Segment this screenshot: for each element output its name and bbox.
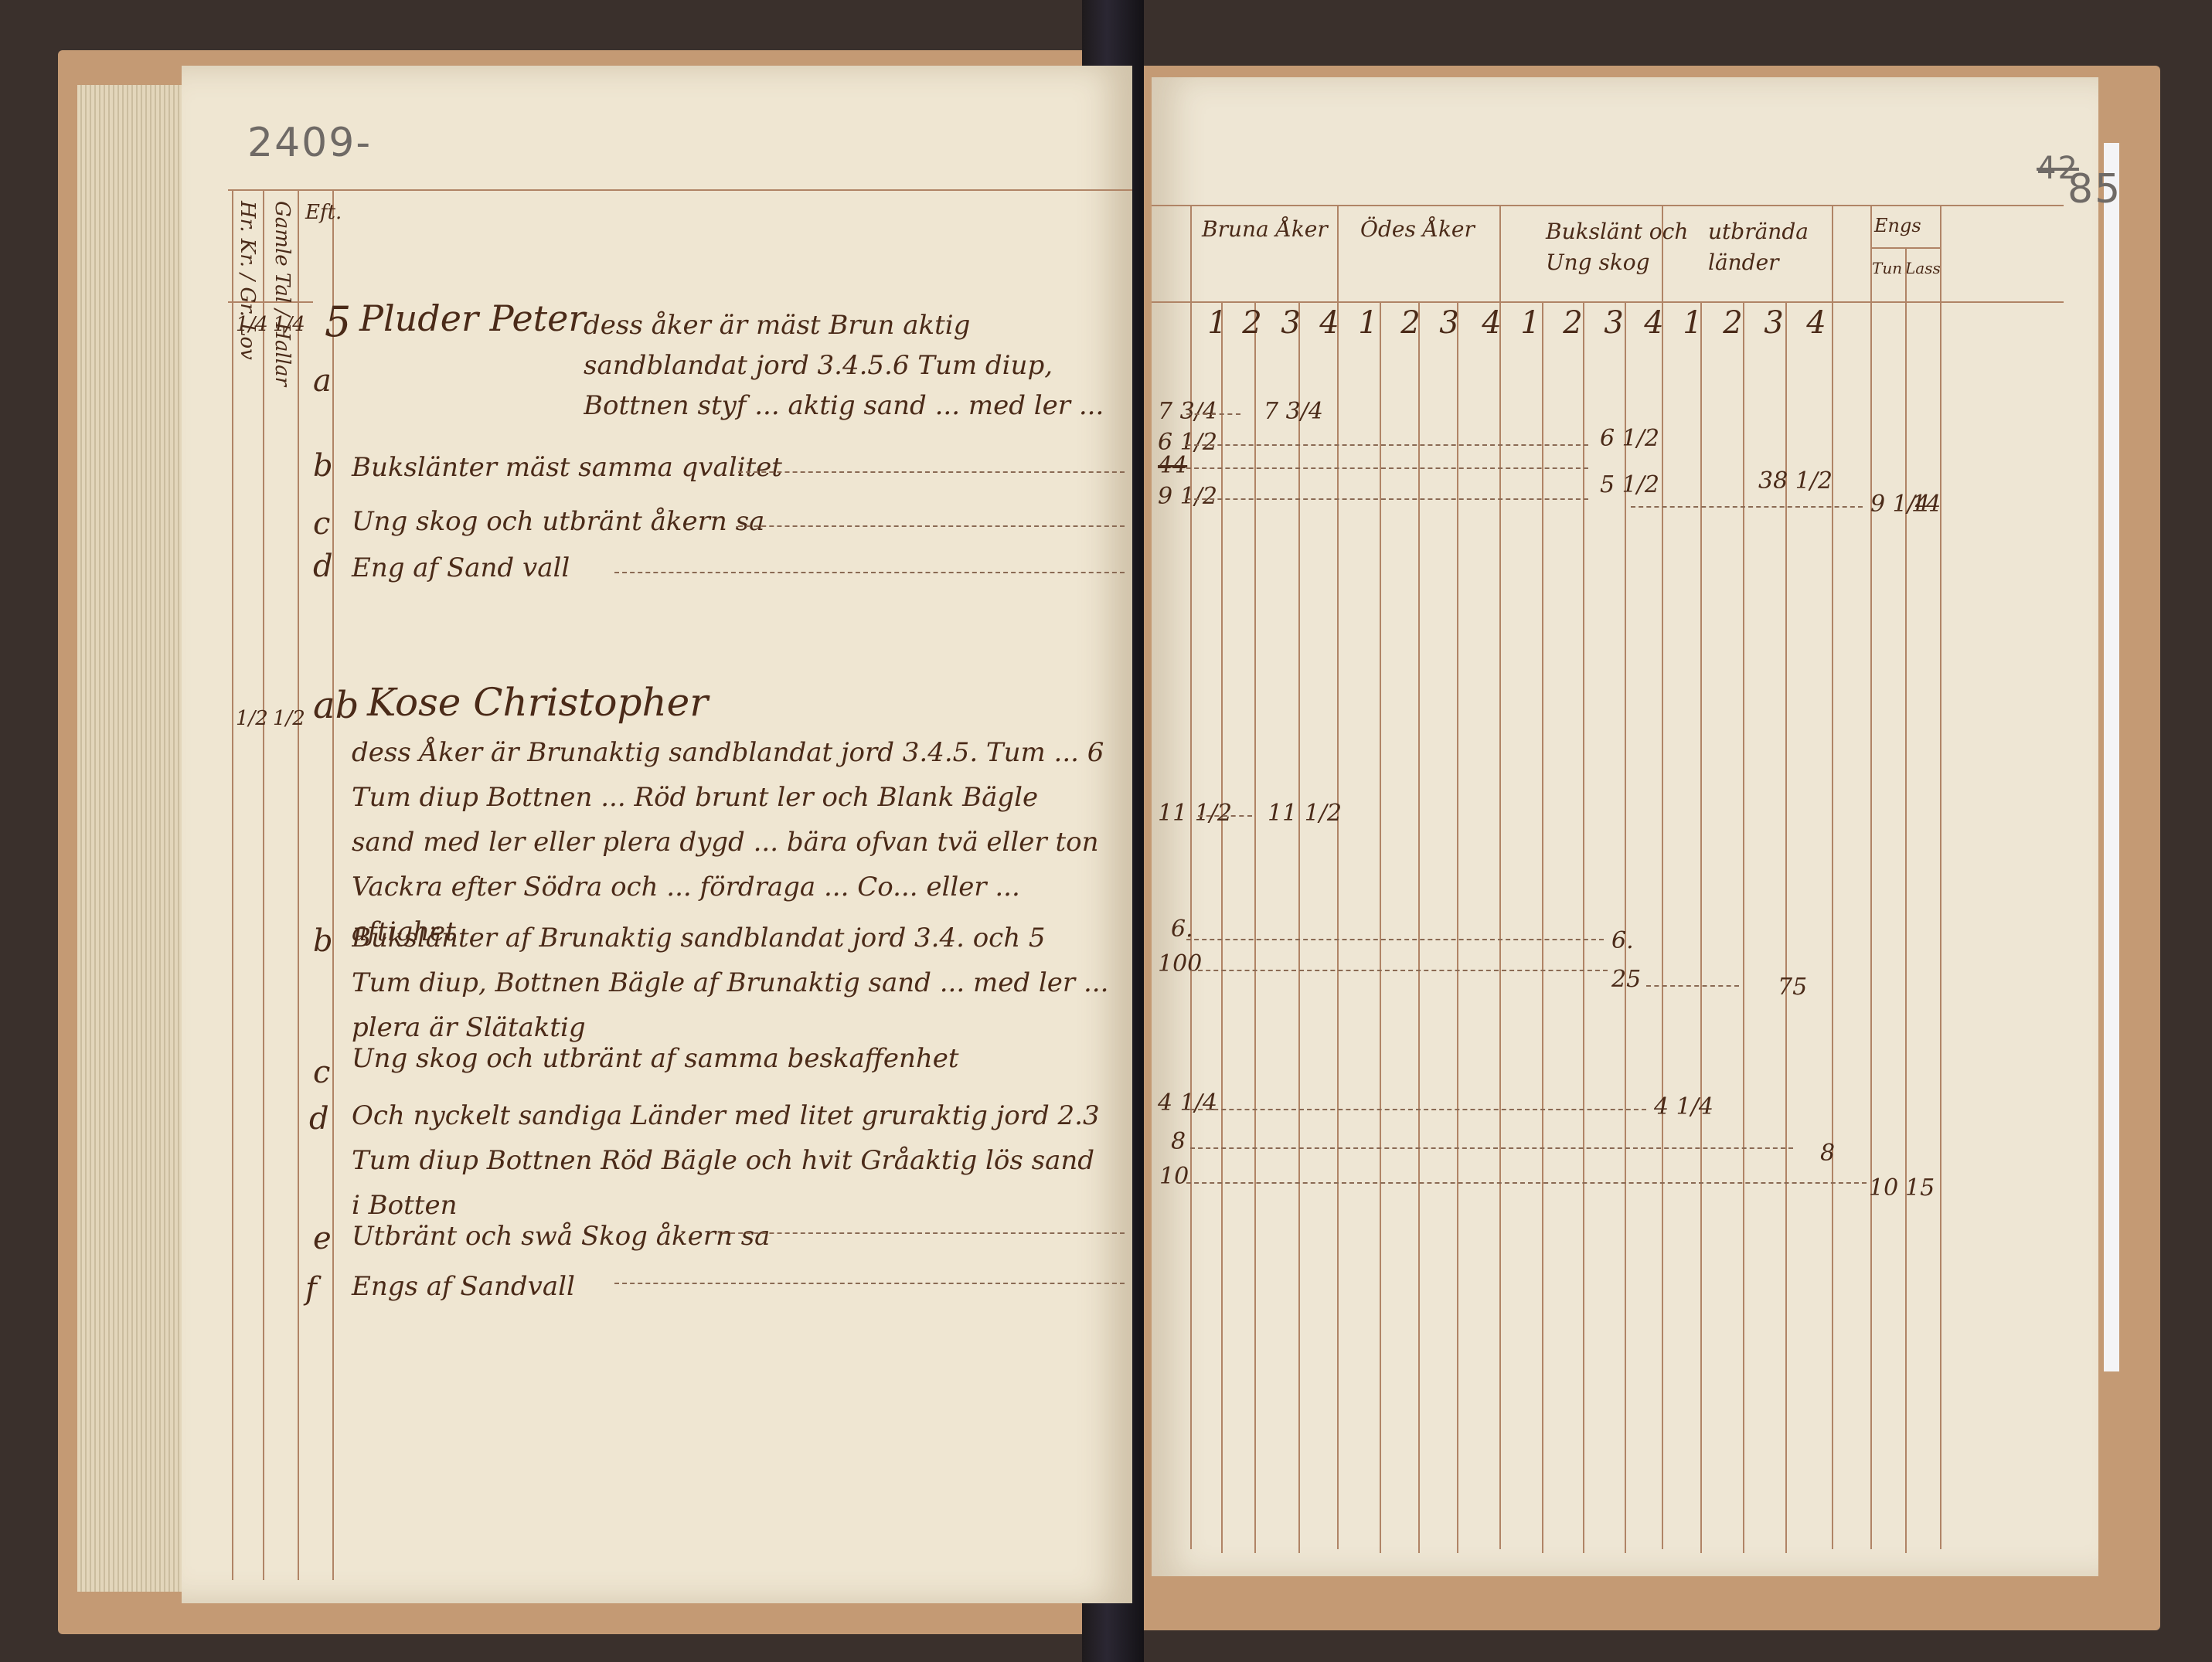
leader-line [1190,970,1608,971]
item-letter: d [309,1101,329,1137]
column-group-header: utbrända länder [1708,216,1847,278]
row-total: 7 3/4 [1158,398,1217,425]
column-rule [1905,247,1907,1553]
leader-line [614,572,1125,573]
item-text: Utbränt och swå Skog åkern sa [352,1221,770,1252]
item-text: Engs af Sandvall [352,1271,575,1302]
row-total: 9 1/2 [1158,483,1217,510]
row-total: 8 [1171,1128,1186,1155]
margin-value: 1/4 [273,313,305,336]
paper-slip [2104,143,2119,1371]
subcolumn-number: 4 [1793,305,1839,341]
leader-line [1190,1147,1793,1149]
cell-value: 15 [1905,1174,1935,1201]
margin-rule [232,189,233,1580]
subcolumn-number: 3 [1426,305,1472,341]
margin-header: Eft. [305,201,342,224]
cell-value: 10 [1869,1174,1898,1201]
header-bottom-rule [1152,301,2064,303]
item-letter: b [313,923,333,959]
leader-line [723,1232,1125,1234]
margin-value: 1/2 [236,707,268,730]
subcolumn-number: 2 [1550,305,1596,341]
subcolumn-number: 1 [1669,305,1716,341]
leader-line [1646,985,1739,987]
entry-name: Kose Christopher [367,680,708,725]
item-text: dess åker är mäst Brun aktig sandblandat… [584,305,1109,429]
item-letter: a [313,363,332,399]
item-letter: d [313,549,333,584]
cell-value: 25 [1611,966,1641,993]
column-group-header: Bukslänt och Ung skog [1546,216,1700,278]
pencil-folio-number: 85 [2067,166,2122,212]
item-letter: e [313,1221,332,1256]
subcolumn-number: 1 [1507,305,1554,341]
header-top-rule [1152,205,2064,206]
leader-line [1186,498,1588,500]
item-text: Ung skog och utbränt af samma beskaffenh… [352,1043,959,1074]
leader-line [1631,506,1863,508]
row-total: 100 [1158,950,1202,977]
header-rule [228,189,1132,191]
column-rule [1832,205,1833,1549]
cell-value: 6 1/2 [1600,425,1659,452]
column-rule [1940,205,1941,1549]
item-text: Eng af Sand vall [352,552,570,583]
column-rule [1700,301,1702,1553]
leader-line [1186,467,1588,469]
column-rule [1662,205,1663,1549]
entry-number: 5 [325,297,351,346]
subcolumn-number: 1 [1345,305,1391,341]
cell-value: 14 [1911,491,1941,518]
margin-value: 1/4 [236,313,268,336]
row-total: 4 1/4 [1158,1089,1217,1116]
margin-value: 1/2 [273,707,305,730]
cell-value: 7 3/4 [1264,398,1323,425]
row-total: 10 [1159,1163,1189,1190]
page-edges [77,85,193,1592]
cell-value: 38 1/2 [1758,467,1833,495]
leader-line [1186,413,1240,415]
item-text: Ung skog och utbränt åkern sa [352,506,764,537]
subcolumn-number: 2 [1710,305,1756,341]
margin-rule [298,189,299,1580]
margin-rule [263,189,264,1580]
subcolumn-header: Lass [1905,259,1941,277]
column-rule [1499,205,1501,1549]
column-rule [1418,301,1420,1553]
item-text: Bukslänter af Brunaktig sandblandat jord… [352,916,1109,1050]
subcolumn-number: 3 [1751,305,1797,341]
column-rule [1583,301,1584,1553]
leader-line [1186,1182,1867,1184]
item-text: Och nyckelt sandiga Länder med litet gru… [352,1093,1109,1228]
column-rule [1457,301,1458,1553]
column-rule [1221,301,1223,1553]
column-rule [1337,205,1339,1549]
entry-name: Pluder Peter [359,297,585,339]
column-rule [1254,301,1256,1553]
column-rule [1743,301,1744,1553]
left-page: 2409- Hr. Kr. / Gr. Lov Gamle Tal / Hall… [182,66,1132,1603]
right-page: 42 85 Bruna Åker Ödes Åker Bukslänt och … [1152,77,2098,1576]
item-text: Bukslänter mäst samma qvalitet [352,452,782,483]
row-total: 44 [1158,452,1187,479]
cell-value: 6. [1611,927,1634,954]
margin-rule [332,189,334,1580]
item-letter: c [313,506,330,542]
leader-line [1190,1109,1646,1110]
entry-number: ab [313,684,359,727]
cell-value: 75 [1778,974,1807,1001]
item-letter: f [305,1271,317,1307]
margin-header: Gamle Tal / Hallar [271,201,294,386]
leader-line [614,1283,1125,1284]
leader-line [1186,444,1588,446]
column-rule [1380,301,1381,1553]
pencil-folio-number: 2409- [247,120,372,166]
leader-line [738,471,1125,473]
cell-value: 8 [1820,1140,1835,1167]
subcolumn-number: 3 [1591,305,1637,341]
cell-value: 4 1/4 [1654,1093,1713,1120]
column-group-header: Bruna Åker [1202,216,1328,242]
item-letter: c [313,1055,330,1090]
column-rule [1298,301,1300,1553]
leader-line [738,525,1125,527]
row-total: 11 1/2 [1158,800,1232,827]
column-rule [1870,205,1872,1549]
leader-line [1186,939,1604,940]
column-group-header: Ödes Åker [1360,216,1475,242]
leader-line [1198,815,1252,817]
column-group-header: Engs [1874,215,1921,236]
subcolumn-header: Tun [1872,259,1902,277]
cell-value: 5 1/2 [1600,471,1659,498]
item-letter: b [313,448,333,484]
cell-value: 11 1/2 [1268,800,1342,827]
column-rule [1542,301,1543,1553]
